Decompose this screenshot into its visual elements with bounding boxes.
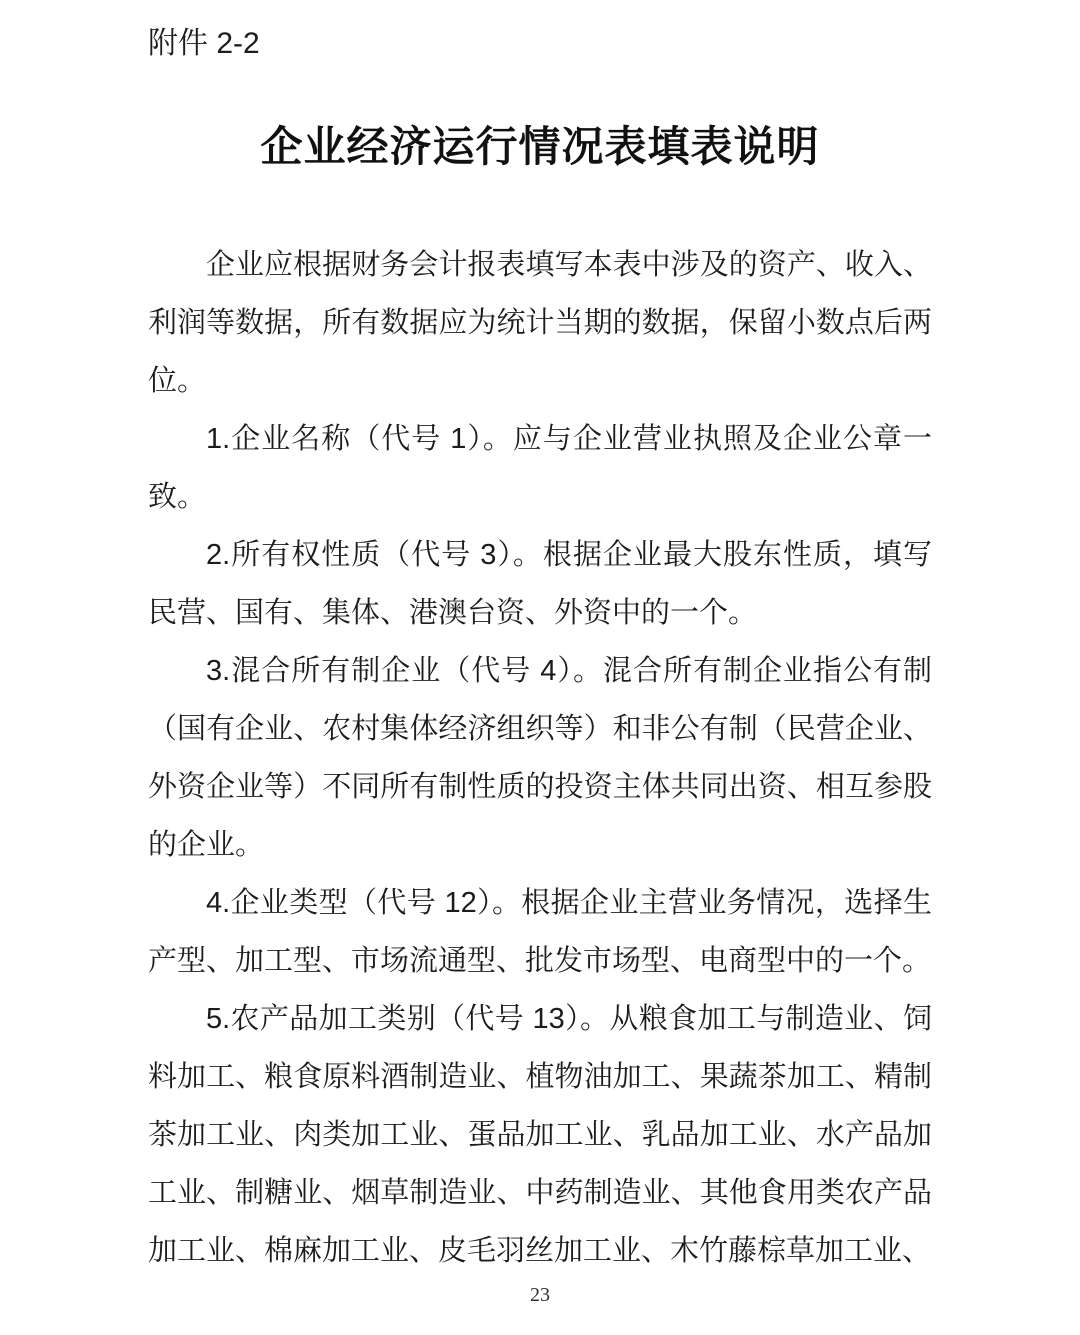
document-page: 附件 2-2 企业经济运行情况表填表说明 企业应根据财务会计报表填写本表中涉及的… [0, 0, 1080, 1335]
paragraph-item-1-enterprise-name: 1.企业名称（代号 1）。应与企业营业执照及企业公章一致。 [148, 410, 932, 526]
paragraph-item-3-mixed-ownership: 3.混合所有制企业（代号 4）。混合所有制企业指公有制（国有企业、农村集体经济组… [148, 642, 932, 874]
paragraph-item-5-processing-category: 5.农产品加工类别（代号 13）。从粮食加工与制造业、饲料加工、粮食原料酒制造业… [148, 990, 932, 1280]
page-title: 企业经济运行情况表填表说明 [0, 114, 1080, 174]
paragraph-item-2-ownership-nature: 2.所有权性质（代号 3）。根据企业最大股东性质，填写民营、国有、集体、港澳台资… [148, 526, 932, 642]
page-number: 23 [0, 1284, 1080, 1307]
paragraph-item-4-enterprise-type: 4.企业类型（代号 12）。根据企业主营业务情况，选择生产型、加工型、市场流通型… [148, 874, 932, 990]
paragraph-intro: 企业应根据财务会计报表填写本表中涉及的资产、收入、利润等数据，所有数据应为统计当… [148, 236, 932, 410]
document-body: 企业应根据财务会计报表填写本表中涉及的资产、收入、利润等数据，所有数据应为统计当… [148, 236, 932, 1280]
attachment-label: 附件 2-2 [148, 26, 260, 62]
